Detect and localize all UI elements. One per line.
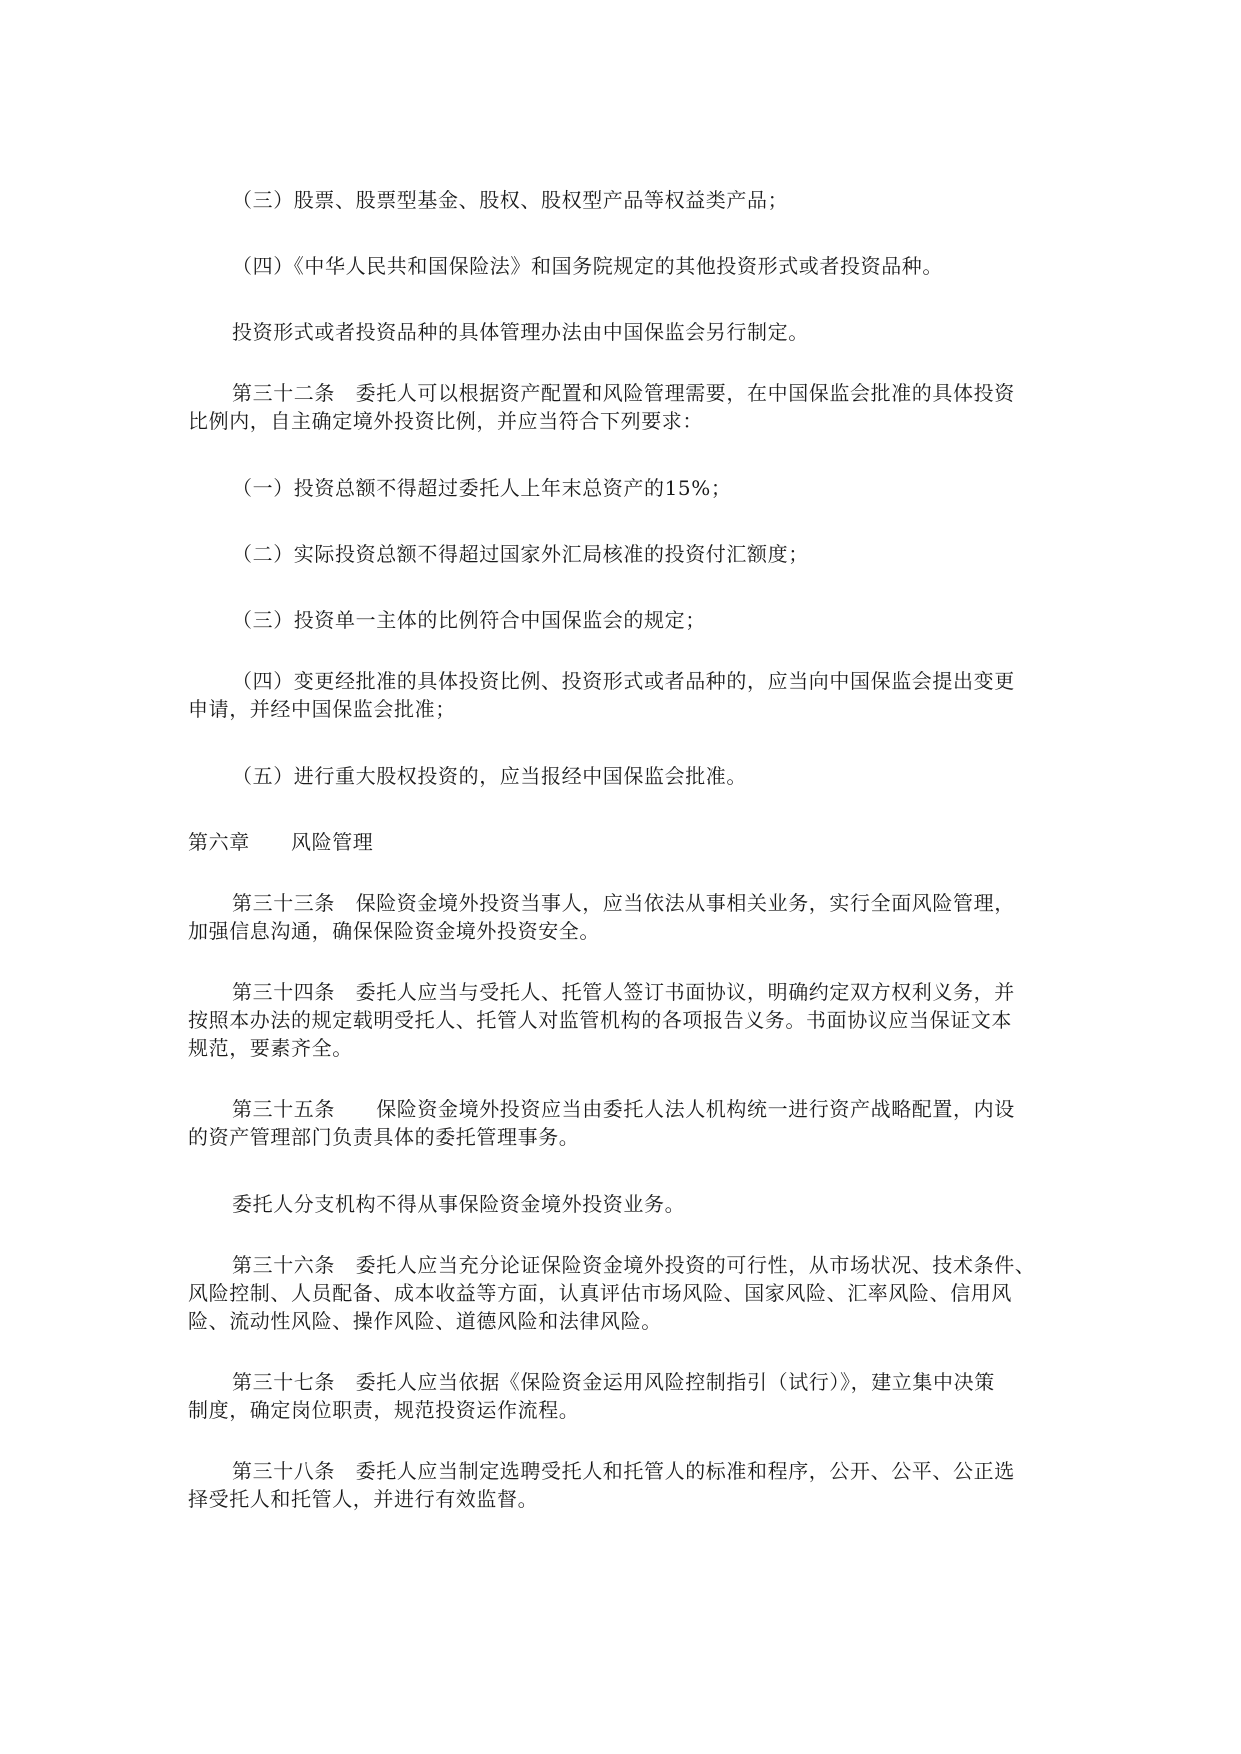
article-37-line-2: 制度，确定岗位职责，规范投资运作流程。 [188,1396,1068,1424]
article-35-line-2: 的资产管理部门负责具体的委托管理事务。 [188,1123,1068,1151]
article-38-line-1: 第三十八条 委托人应当制定选聘受托人和托管人的标准和程序，公开、公平、公正选 [232,1457,1112,1485]
article-34-line-2: 按照本办法的规定载明受托人、托管人对监管机构的各项报告义务。书面协议应当保证文本 [188,1006,1068,1034]
article-32-line-2: 比例内，自主确定境外投资比例，并应当符合下列要求： [188,407,1068,435]
article-36-line-1: 第三十六条 委托人应当充分论证保险资金境外投资的可行性，从市场状况、技术条件、 [232,1251,1112,1279]
article-34-line-3: 规范，要素齐全。 [188,1034,1068,1062]
document-page: （三）股票、股票型基金、股权、股权型产品等权益类产品； （四）《中华人民共和国保… [0,0,1241,1754]
article-32-item-1: （一）投资总额不得超过委托人上年末总资产的15%； [232,474,1112,502]
article-32-item-4-line-1: （四）变更经批准的具体投资比例、投资形式或者品种的，应当向中国保监会提出变更 [232,667,1112,695]
article-32-item-4-line-2: 申请，并经中国保监会批准； [188,695,1068,723]
article-32-item-3: （三）投资单一主体的比例符合中国保监会的规定； [232,606,1112,634]
article-34-line-1: 第三十四条 委托人应当与受托人、托管人签订书面协议，明确约定双方权利义务，并 [232,978,1112,1006]
paragraph-investment-forms: 投资形式或者投资品种的具体管理办法由中国保监会另行制定。 [232,318,1112,346]
article-32-line-1: 第三十二条 委托人可以根据资产配置和风险管理需要，在中国保监会批准的具体投资 [232,379,1112,407]
article-32-item-5: （五）进行重大股权投资的，应当报经中国保监会批准。 [232,762,1112,790]
article-35-line-1: 第三十五条 保险资金境外投资应当由委托人法人机构统一进行资产战略配置，内设 [232,1095,1112,1123]
clause-item-3-equity: （三）股票、股票型基金、股权、股权型产品等权益类产品； [232,186,1112,214]
article-35-paragraph-2: 委托人分支机构不得从事保险资金境外投资业务。 [232,1190,1112,1218]
article-37-line-1: 第三十七条 委托人应当依据《保险资金运用风险控制指引（试行）》，建立集中决策 [232,1368,1112,1396]
article-33-line-1: 第三十三条 保险资金境外投资当事人，应当依法从事相关业务，实行全面风险管理， [232,889,1112,917]
article-36-line-3: 险、流动性风险、操作风险、道德风险和法律风险。 [188,1307,1068,1335]
article-32-item-2: （二）实际投资总额不得超过国家外汇局核准的投资付汇额度； [232,540,1112,568]
clause-item-4-other: （四）《中华人民共和国保险法》和国务院规定的其他投资形式或者投资品种。 [232,252,1112,280]
article-38-line-2: 择受托人和托管人，并进行有效监督。 [188,1485,1068,1513]
article-36-line-2: 风险控制、人员配备、成本收益等方面，认真评估市场风险、国家风险、汇率风险、信用风 [188,1279,1068,1307]
article-33-line-2: 加强信息沟通，确保保险资金境外投资安全。 [188,917,1068,945]
chapter-6-heading: 第六章 风险管理 [188,828,1068,856]
